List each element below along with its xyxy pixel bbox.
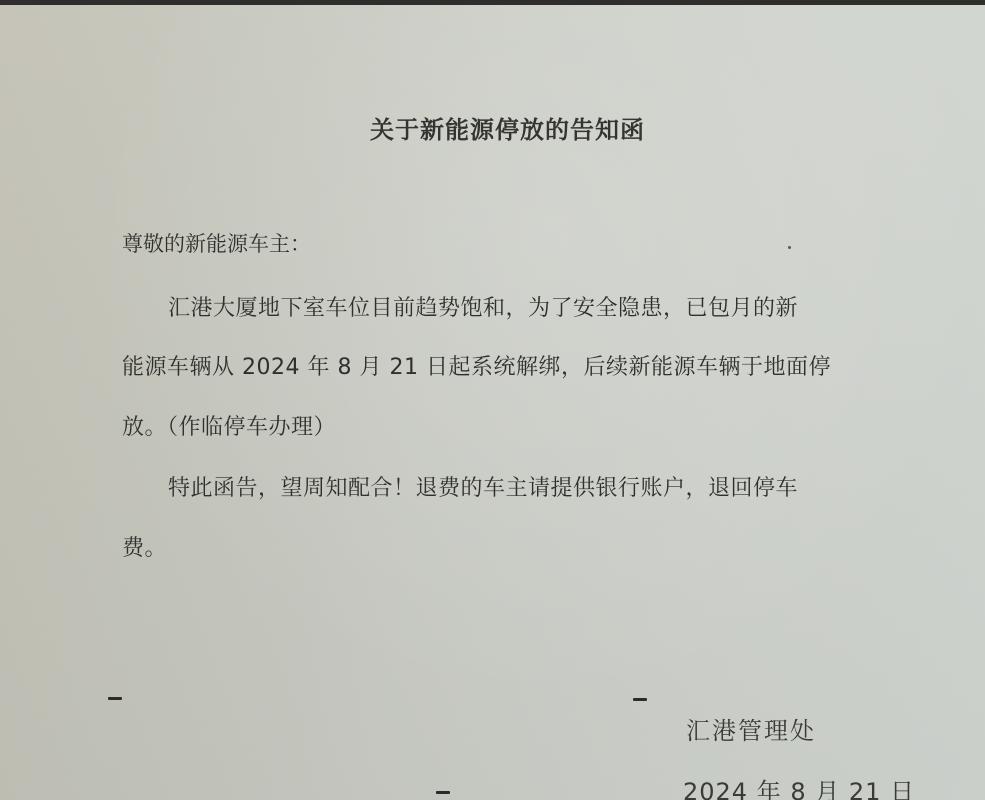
punch-mark bbox=[436, 791, 450, 794]
issue-date: 2024 年 8 月 21 日 bbox=[683, 772, 915, 800]
paper-speck bbox=[788, 246, 791, 249]
paragraph-1-line-1: 汇港大厦地下室车位目前趋势饱和，为了安全隐患，已包月的新 bbox=[168, 291, 798, 322]
notice-title: 关于新能源停放的告知函 bbox=[370, 110, 645, 145]
punch-mark bbox=[108, 697, 122, 700]
paragraph-1-line-3: 放。（作临停车办理） bbox=[122, 410, 336, 441]
paragraph-1-line-2: 能源车辆从 2024 年 8 月 21 日起系统解绑，后续新能源车辆于地面停 bbox=[122, 350, 831, 381]
salutation: 尊敬的新能源车主： bbox=[122, 228, 311, 258]
paragraph-2-line-2: 费。 bbox=[122, 531, 167, 562]
paragraph-2-line-1: 特此函告，望周知配合！退费的车主请提供银行账户，退回停车 bbox=[168, 471, 798, 502]
issuer-signature: 汇港管理处 bbox=[686, 711, 816, 746]
punch-mark bbox=[633, 698, 647, 701]
